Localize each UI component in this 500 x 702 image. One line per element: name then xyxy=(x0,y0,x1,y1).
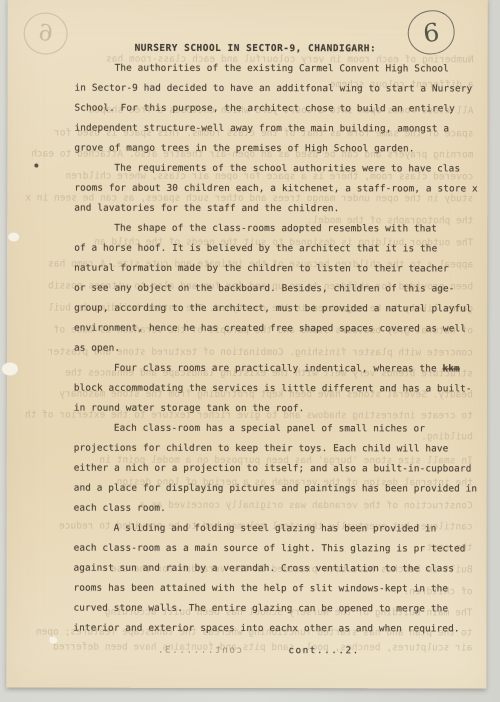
overstruck-word: kkm xyxy=(442,363,459,374)
paper-speck xyxy=(2,362,18,375)
paper-speck xyxy=(8,232,19,241)
typed-line: independent structure-well away from the… xyxy=(74,119,474,140)
typed-line: environment, hence he has created free s… xyxy=(74,319,474,340)
typed-line: group, according to the architect, must … xyxy=(74,299,474,320)
typed-line: The authorities of the existing Carmel C… xyxy=(75,59,475,80)
typed-line: each class room. xyxy=(74,499,474,520)
typed-line: against sun and rain by a verandah. Cros… xyxy=(74,559,474,580)
typed-line: Each class-room has a special panel of s… xyxy=(74,419,474,440)
typed-line: and a place for displaying pictures and … xyxy=(74,479,474,500)
typed-line: curved stone walls. The entire glazing c… xyxy=(73,599,473,620)
typed-line: rooms for about 30 children each, a kitc… xyxy=(74,179,474,200)
typed-line: projections for children to keep their t… xyxy=(74,439,474,460)
typed-line: grove of mango trees in the premises of … xyxy=(74,139,474,160)
typed-line: block accommodating the services is litt… xyxy=(74,379,474,400)
typed-line: or see any object on the backboard. Besi… xyxy=(74,279,474,300)
typed-line: either a nich or a projection to itself;… xyxy=(74,459,474,480)
typed-line: The shape of the class-rooms adopted res… xyxy=(74,219,474,240)
typed-line: interior and exterior spaces into eachx … xyxy=(73,619,473,640)
typed-line: as open. xyxy=(74,339,474,360)
typed-text: NURSERY SCHOOL IN SECTOR-9, CHANDIGARH: … xyxy=(73,39,474,640)
typed-line: each class-room as a main source of ligh… xyxy=(74,539,474,560)
typed-line: natural formation made by the children t… xyxy=(74,259,474,280)
typed-line: School. For this purpose, the architect … xyxy=(74,99,474,120)
typed-line: and lavatories for the staff and the chi… xyxy=(74,199,474,220)
paper-speck xyxy=(49,637,57,644)
typed-line: rooms has been attained with the help of… xyxy=(73,579,473,600)
footer: cont......3. cont....2. xyxy=(6,644,486,665)
bleedthrough-page-number: 6 xyxy=(37,20,54,46)
document-page: 6 Numbering of each room in very colourf… xyxy=(6,0,487,689)
typed-line: A sliding and folding steel glazing has … xyxy=(74,519,474,540)
typed-line: in round water storage tank on the roof. xyxy=(74,399,474,420)
footer-bleed-cont: cont......3. xyxy=(156,645,242,656)
typed-line: The requirements of the school authoriti… xyxy=(74,159,474,180)
typed-line: of a horse hoof. It is believed by the a… xyxy=(74,239,474,260)
bleedthrough-circled-number: 6 xyxy=(22,10,70,56)
typed-line: in Sector-9 had decided to have an addit… xyxy=(75,79,475,100)
document-title: NURSERY SCHOOL IN SECTOR-9, CHANDIGARH: xyxy=(75,39,475,60)
ink-speck xyxy=(34,164,38,168)
footer-cont: cont....2. xyxy=(288,645,359,656)
typed-line: Four class rooms are practically indenti… xyxy=(74,359,474,380)
